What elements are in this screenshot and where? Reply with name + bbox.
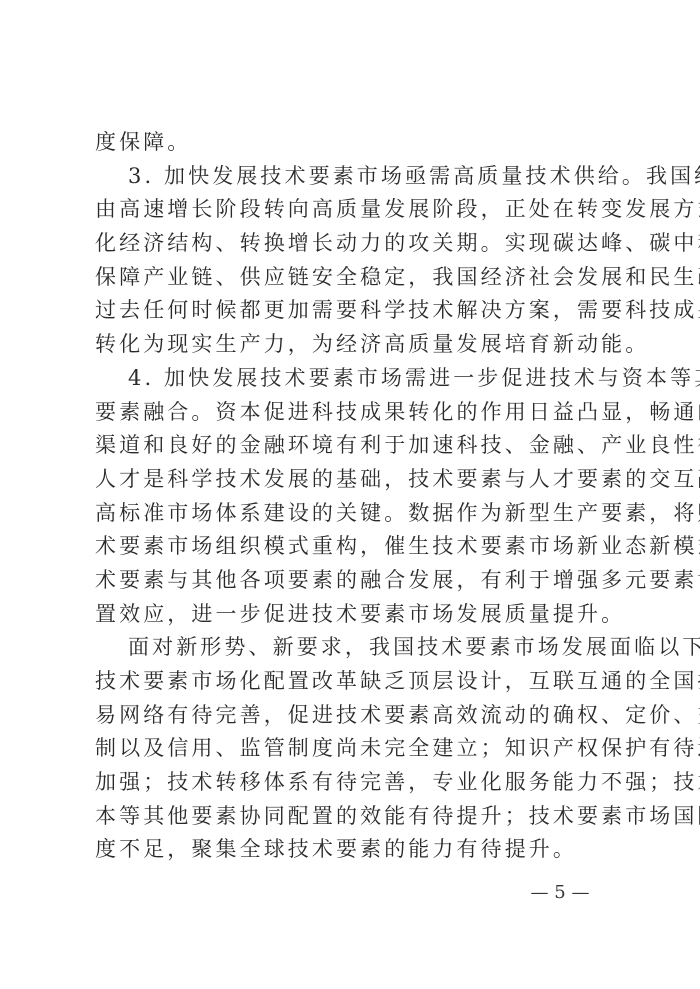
document-page: 度保障。 3. 加快发展技术要素市场亟需高质量技术供给。我国经济已 由高速增长阶… xyxy=(0,0,700,989)
text-line: 3. 加快发展技术要素市场亟需高质量技术供给。我国经济已 xyxy=(95,160,607,194)
text-line: 人才是科学技术发展的基础，技术要素与人才要素的交互融通是 xyxy=(95,463,607,497)
text-line: 要素融合。资本促进科技成果转化的作用日益凸显，畅通的融资 xyxy=(95,396,607,430)
text-line: 术要素与其他各项要素的融合发展，有利于增强多元要素协同配 xyxy=(95,564,607,598)
text-line: 加强；技术转移体系有待完善，专业化服务能力不强；技术与资 xyxy=(95,766,607,800)
text-line: 制以及信用、监管制度尚未完全建立；知识产权保护有待进一步 xyxy=(95,732,607,766)
text-line: 由高速增长阶段转向高质量发展阶段，正处在转变发展方式、优 xyxy=(95,193,607,227)
page-number: — 5 — xyxy=(528,880,592,906)
body-text: 度保障。 3. 加快发展技术要素市场亟需高质量技术供给。我国经济已 由高速增长阶… xyxy=(95,126,607,867)
text-line: 度保障。 xyxy=(95,126,607,160)
text-line: 术要素市场组织模式重构，催生技术要素市场新业态新模式。技 xyxy=(95,530,607,564)
text-line: 技术要素市场化配置改革缺乏顶层设计，互联互通的全国技术交 xyxy=(95,665,607,699)
text-line: 4. 加快发展技术要素市场需进一步促进技术与资本等其他 xyxy=(95,362,607,396)
text-line: 过去任何时候都更加需要科学技术解决方案，需要科技成果加速 xyxy=(95,294,607,328)
text-line: 高标准市场体系建设的关键。数据作为新型生产要素，将赋能技 xyxy=(95,497,607,531)
text-line: 度不足，聚集全球技术要素的能力有待提升。 xyxy=(95,833,607,867)
text-line: 保障产业链、供应链安全稳定，我国经济社会发展和民生改善比 xyxy=(95,261,607,295)
text-line: 化经济结构、转换增长动力的攻关期。实现碳达峰、碳中和目标， xyxy=(95,227,607,261)
text-line: 转化为现实生产力，为经济高质量发展培育新动能。 xyxy=(95,328,607,362)
text-line: 渠道和良好的金融环境有利于加速科技、金融、产业良性循环。 xyxy=(95,429,607,463)
text-line: 本等其他要素协同配置的效能有待提升；技术要素市场国际化程 xyxy=(95,800,607,834)
text-line: 面对新形势、新要求，我国技术要素市场发展面临以下问题： xyxy=(95,631,607,665)
text-line: 易网络有待完善，促进技术要素高效流动的确权、定价、交易机 xyxy=(95,699,607,733)
text-line: 置效应，进一步促进技术要素市场发展质量提升。 xyxy=(95,598,607,632)
